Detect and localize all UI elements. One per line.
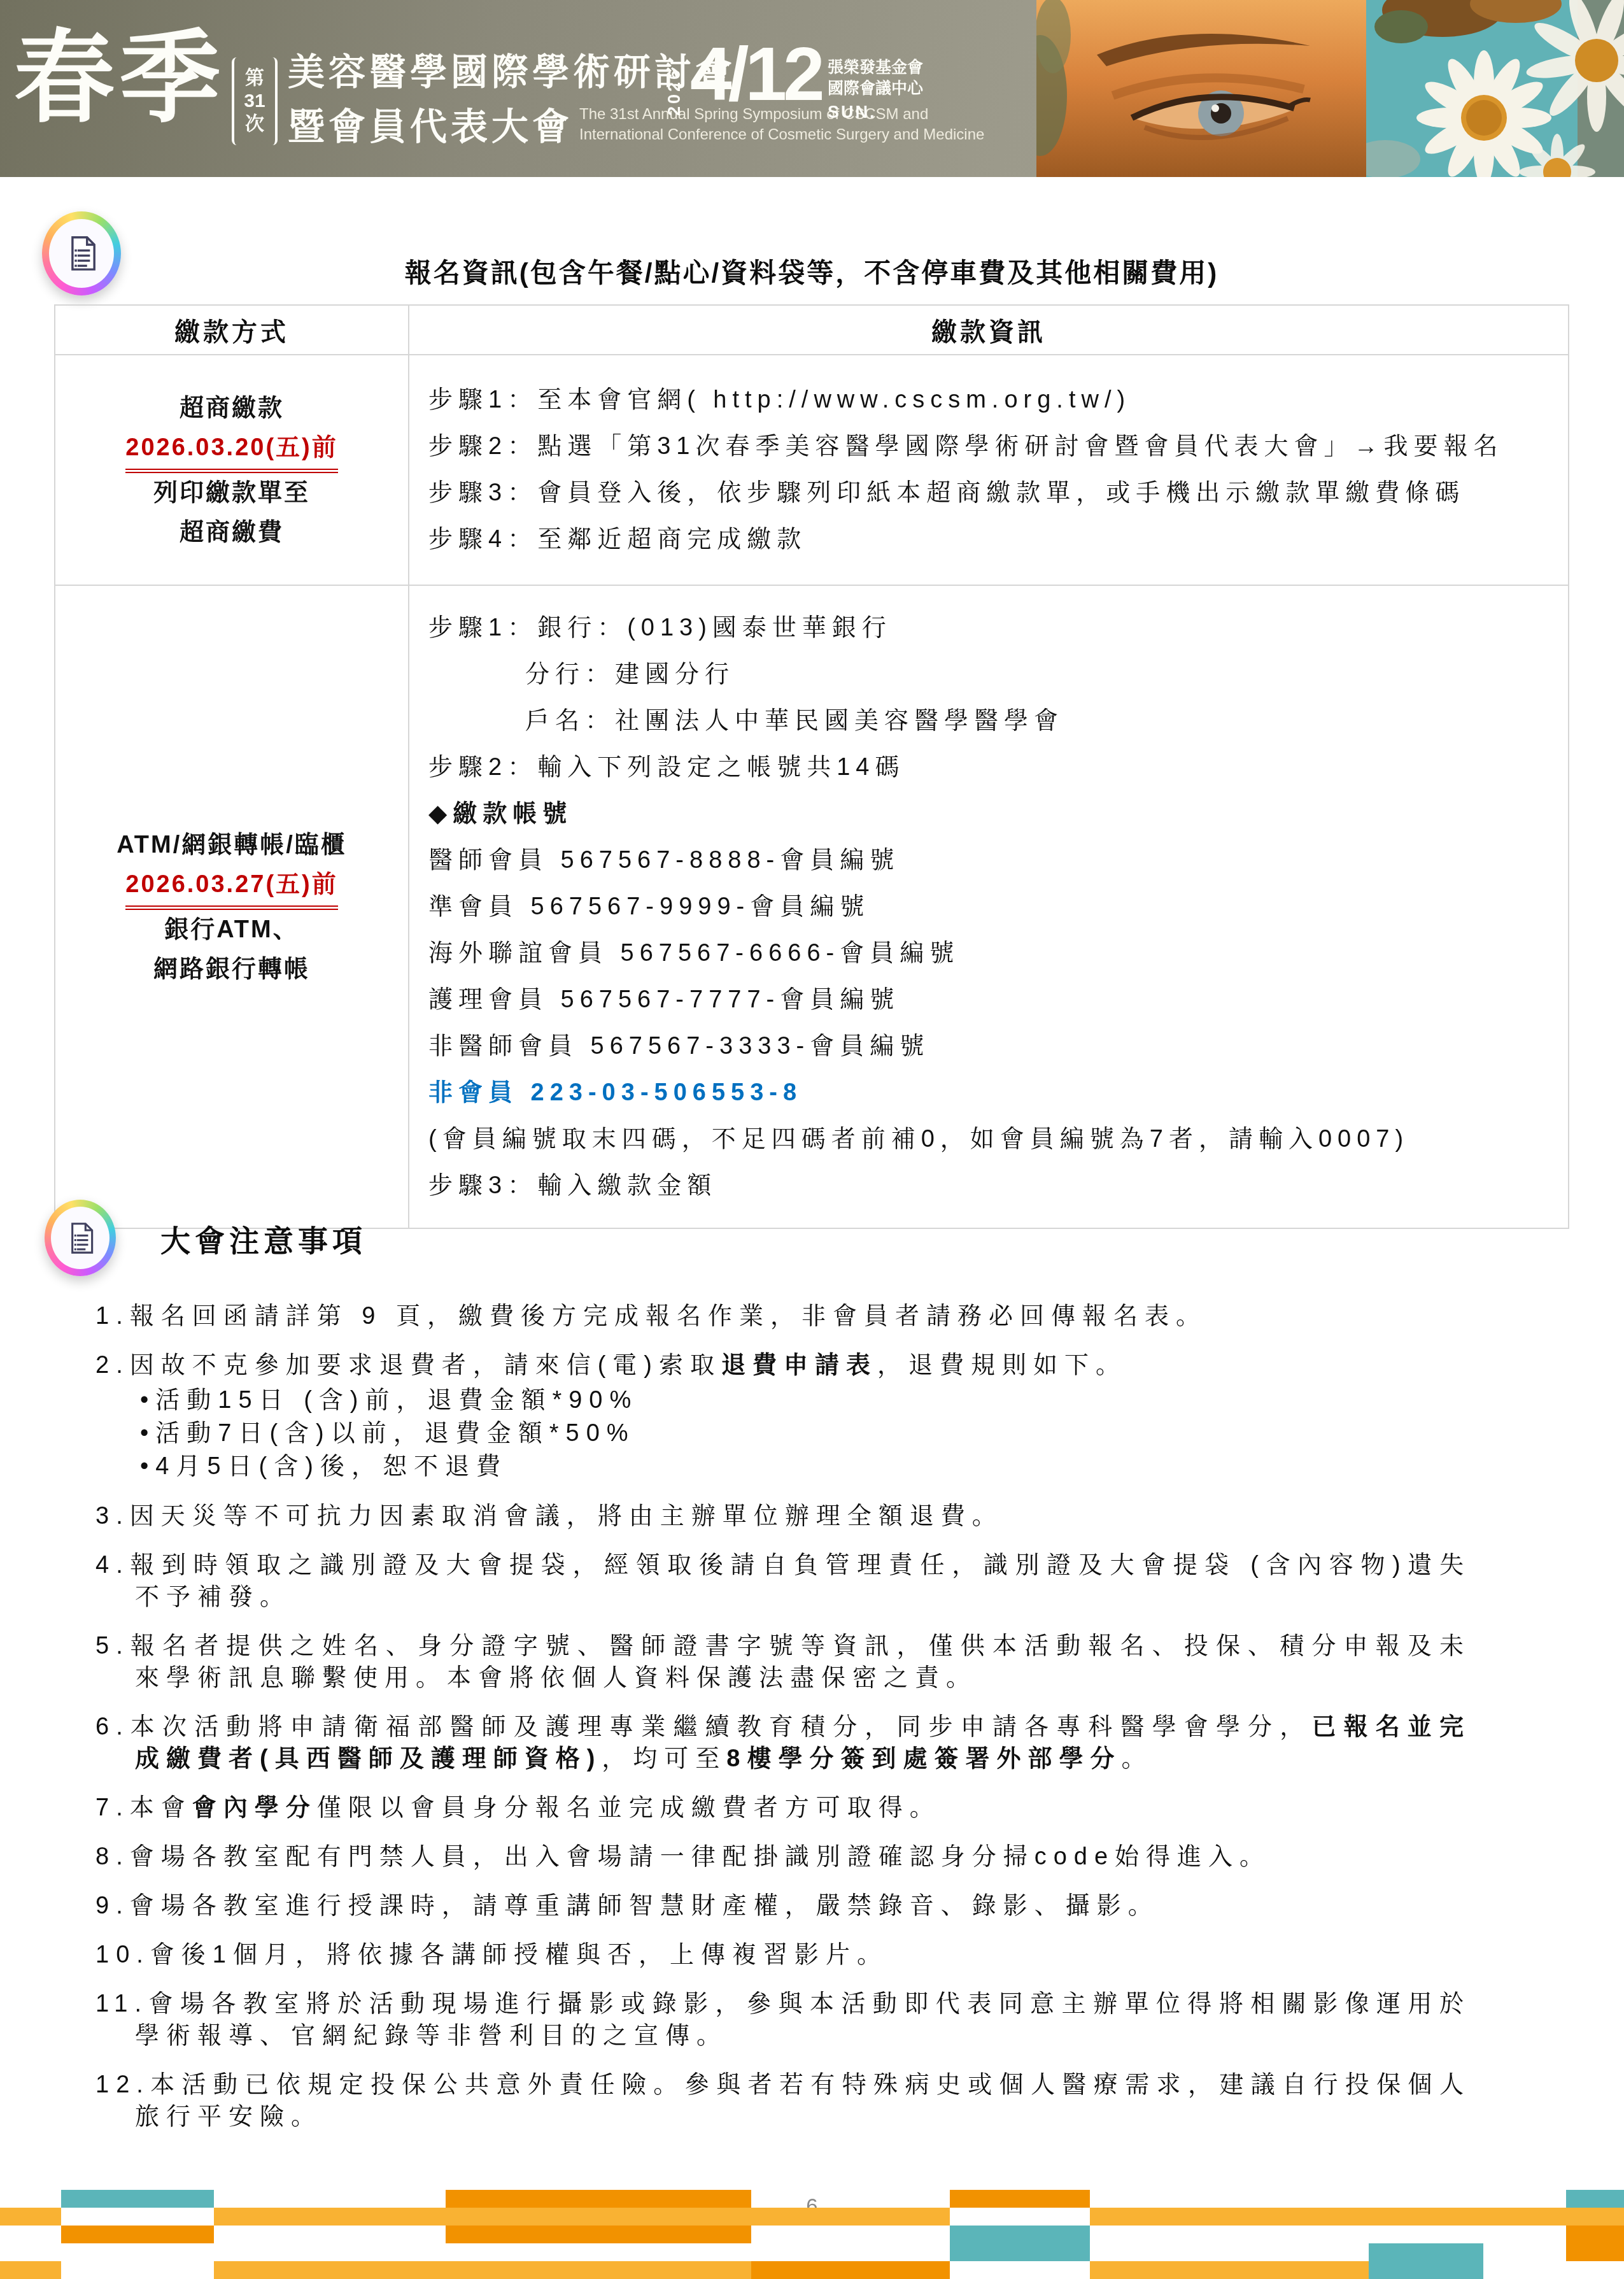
payment-row-atm: ATM/網銀轉帳/臨櫃 2026.03.27(五)前 銀行ATM、 網路銀行轉帳…	[55, 585, 1569, 1228]
account-line: 醫師會員 567567-8888-會員編號	[428, 837, 1549, 884]
note-number: 2.	[95, 1352, 130, 1379]
registration-title: 報名資訊(包含午餐/點心/資料袋等，不含停車費及其他相關費用)	[54, 252, 1569, 290]
note-text: 報名者提供之姓名、身分證字號、醫師證書字號等資訊，僅供本活動報名、投保、積分申報…	[130, 1633, 1471, 1691]
note-text: 。	[1121, 1745, 1152, 1772]
season-title: 春季	[14, 28, 225, 129]
step-line: 步驟1：銀行：(013)國泰世華銀行	[428, 605, 1549, 651]
note-number: 3.	[95, 1503, 130, 1530]
note-text: 本會	[130, 1794, 192, 1821]
event-year: 2026	[665, 55, 684, 116]
note-number: 12.	[95, 2071, 150, 2098]
refund-rule: •活動7日(含)以前，退費金額*50%	[135, 1417, 1471, 1450]
note-item-3: 3.因天災等不可抗力因素取消會議，將由主辦單位辦理全額退費。	[95, 1500, 1471, 1532]
info-cell-atm: 步驟1：銀行：(013)國泰世華銀行 分行：建國分行 戶名：社團法人中華民國美容…	[409, 585, 1569, 1228]
note-text: 因天災等不可抗力因素取消會議，將由主辦單位辦理全額退費。	[130, 1503, 1003, 1530]
account-list-title: ◆繳款帳號	[428, 791, 1549, 837]
nonmember-account-line: 非會員 223-03-506553-8	[428, 1070, 1549, 1116]
event-day: SUN.	[828, 101, 923, 124]
deadline-date: 2026.03.27(五)前	[125, 865, 338, 910]
step-line: 步驟3：輸入繳款金額	[428, 1163, 1549, 1209]
method-line: 超商繳款	[56, 388, 407, 428]
payment-row-cvs: 超商繳款 2026.03.20(五)前 列印繳款單至 超商繳費 步驟1：至本會官…	[55, 355, 1569, 585]
note-text: 本次活動將申請衛福部醫師及護理專業繼續教育積分，同步申請各專科醫學會學分，	[130, 1714, 1312, 1740]
note-item-12: 12.本活動已依規定投保公共意外責任險。參與者若有特殊病史或個人醫療需求，建議自…	[95, 2069, 1471, 2133]
venue-block: 張榮發基金會 國際會議中心 SUN.	[828, 57, 923, 124]
note-text: 會場各教室進行授課時，請尊重講師智慧財產權，嚴禁錄音、錄影、攝影。	[130, 1892, 1159, 1919]
header-banner: 春季 第 31 次 美容醫學國際學術研討會 暨會員代表大會 The 31st A…	[0, 0, 1624, 177]
note-item-6: 6.本次活動將申請衛福部醫師及護理專業繼續教育積分，同步申請各專科醫學會學分，已…	[95, 1711, 1471, 1775]
note-item-2: 2.因故不克參加要求退費者，請來信(電)索取退費申請表，退費規則如下。 •活動1…	[95, 1349, 1471, 1483]
note-text-bold: 8樓學分簽到處簽署外部學分	[726, 1745, 1121, 1772]
note-number: 5.	[95, 1633, 130, 1659]
document-icon	[51, 1207, 109, 1269]
payment-table: 繳款方式 繳款資訊 超商繳款 2026.03.20(五)前 列印繳款單至 超商繳…	[54, 304, 1569, 1229]
note-item-1: 1.報名回函請詳第 9 頁，繳費後方完成報名作業，非會員者請務必回傳報名表。	[95, 1300, 1471, 1332]
note-item-8: 8.會場各教室配有門禁人員，出入會場請一律配掛識別證確認身分掃code始得進入。	[95, 1841, 1471, 1873]
edition-badge: 第 31 次	[232, 57, 278, 145]
refund-rule: •活動15日 (含)前，退費金額*90%	[135, 1384, 1471, 1417]
note-item-10: 10.會後1個月，將依據各講師授權與否，上傳複習影片。	[95, 1939, 1471, 1971]
note-item-9: 9.會場各教室進行授課時，請尊重講師智慧財產權，嚴禁錄音、錄影、攝影。	[95, 1890, 1471, 1922]
note-text: ，退費規則如下。	[877, 1352, 1127, 1379]
note-text: 會場各教室配有門禁人員，出入會場請一律配掛識別證確認身分掃code始得進入。	[130, 1843, 1271, 1870]
conference-title-line2: 暨會員代表大會	[288, 97, 573, 150]
account-line: 護理會員 567567-7777-會員編號	[428, 977, 1549, 1023]
notes-title: 大會注意事項	[160, 1218, 367, 1260]
note-item-7: 7.本會會內學分僅限以會員身分報名並完成繳費者方可取得。	[95, 1792, 1471, 1824]
document-page: 春季 第 31 次 美容醫學國際學術研討會 暨會員代表大會 The 31st A…	[0, 0, 1624, 2279]
note-number: 4.	[95, 1552, 130, 1579]
note-text: 報名回函請詳第 9 頁，繳費後方完成報名作業，非會員者請務必回傳報名表。	[130, 1303, 1207, 1330]
method-line: ATM/網銀轉帳/臨櫃	[56, 825, 407, 865]
bank-branch-line: 分行：建國分行	[428, 651, 1549, 698]
account-line: 準會員 567567-9999-會員編號	[428, 884, 1549, 930]
note-number: 10.	[95, 1942, 150, 1968]
note-number: 11.	[95, 1991, 148, 2017]
method-line: 列印繳款單至	[56, 473, 407, 513]
edition-top: 第	[245, 67, 264, 90]
note-number: 1.	[95, 1303, 130, 1330]
note-text: 本活動已依規定投保公共意外責任險。參與者若有特殊病史或個人醫療需求，建議自行投保…	[135, 2071, 1471, 2130]
account-name-line: 戶名：社團法人中華民國美容醫學醫學會	[428, 698, 1549, 744]
event-date: 4/12	[690, 37, 821, 112]
note-text-bold: 退費申請表	[721, 1352, 877, 1379]
note-number: 9.	[95, 1892, 130, 1919]
method-line: 銀行ATM、	[56, 910, 407, 949]
note-number: 8.	[95, 1843, 130, 1870]
note-text: 會場各教室將於活動現場進行攝影或錄影，參與本活動即代表同意主辦單位得將相關影像運…	[135, 1991, 1471, 2049]
notes-badge	[45, 1200, 116, 1276]
method-line: 超商繳費	[56, 513, 407, 552]
subtitle-line2: International Conference of Cosmetic Sur…	[579, 125, 984, 145]
refund-rules: •活動15日 (含)前，退費金額*90% •活動7日(含)以前，退費金額*50%…	[135, 1384, 1471, 1483]
note-text: ，均可至	[602, 1745, 726, 1772]
note-number: 7.	[95, 1794, 130, 1821]
edition-number: 31	[244, 90, 265, 113]
note-text: 因故不克參加要求退費者，請來信(電)索取	[130, 1352, 721, 1379]
note-text: 僅限以會員身分報名並完成繳費者方可取得。	[317, 1794, 941, 1821]
note-item-11: 11.會場各教室將於活動現場進行攝影或錄影，參與本活動即代表同意主辦單位得將相關…	[95, 1988, 1471, 2052]
step-line: 步驟2：輸入下列設定之帳號共14碼	[428, 744, 1549, 791]
column-header-info: 繳款資訊	[409, 305, 1569, 355]
info-cell-cvs: 步驟1：至本會官網( http://www.cscsm.org.tw/) 步驟2…	[409, 355, 1569, 585]
column-header-method: 繳款方式	[55, 305, 409, 355]
refund-rule: •4月5日(含)後，恕不退費	[135, 1450, 1471, 1483]
step-line: 步驟2：點選「第31次春季美容醫學國際學術研討會暨會員代表大會」→我要報名	[428, 423, 1549, 470]
step-line: 步驟4：至鄰近超商完成繳款	[428, 516, 1549, 563]
note-item-4: 4.報到時領取之識別證及大會提袋，經領取後請自負管理責任，識別證及大會提袋 (含…	[95, 1549, 1471, 1613]
account-line: 海外聯誼會員 567567-6666-會員編號	[428, 930, 1549, 977]
account-line: 非醫師會員 567567-3333-會員編號	[428, 1023, 1549, 1070]
venue-line1: 張榮發基金會	[828, 57, 923, 78]
method-line: 網路銀行轉帳	[56, 949, 407, 989]
note-text-bold: 會內學分	[192, 1794, 317, 1821]
note-number: 6.	[95, 1714, 130, 1740]
notes-list: 1.報名回函請詳第 9 頁，繳費後方完成報名作業，非會員者請務必回傳報名表。 2…	[95, 1300, 1471, 2150]
method-cell-cvs: 超商繳款 2026.03.20(五)前 列印繳款單至 超商繳費	[55, 355, 409, 585]
edition-bottom: 次	[245, 113, 264, 136]
deadline-date: 2026.03.20(五)前	[125, 428, 338, 473]
note-text: 會後1個月，將依據各講師授權與否，上傳複習影片。	[150, 1942, 888, 1968]
member-id-note: (會員編號取末四碼，不足四碼者前補0，如會員編號為7者，請輸入0007)	[428, 1116, 1549, 1163]
method-cell-atm: ATM/網銀轉帳/臨櫃 2026.03.27(五)前 銀行ATM、 網路銀行轉帳	[55, 585, 409, 1228]
step-line: 步驟3：會員登入後，依步驟列印紙本超商繳款單，或手機出示繳款單繳費條碼	[428, 470, 1549, 516]
flowers-photo	[1366, 0, 1624, 177]
venue-line2: 國際會議中心	[828, 78, 923, 99]
step-line: 步驟1：至本會官網( http://www.cscsm.org.tw/)	[428, 377, 1549, 423]
note-item-5: 5.報名者提供之姓名、身分證字號、醫師證書字號等資訊，僅供本活動報名、投保、積分…	[95, 1630, 1471, 1694]
eye-photo	[1036, 0, 1366, 177]
footer-mosaic	[0, 2190, 1624, 2279]
payment-table-header-row: 繳款方式 繳款資訊	[55, 305, 1569, 355]
note-text: 報到時領取之識別證及大會提袋，經領取後請自負管理責任，識別證及大會提袋 (含內容…	[130, 1552, 1471, 1610]
